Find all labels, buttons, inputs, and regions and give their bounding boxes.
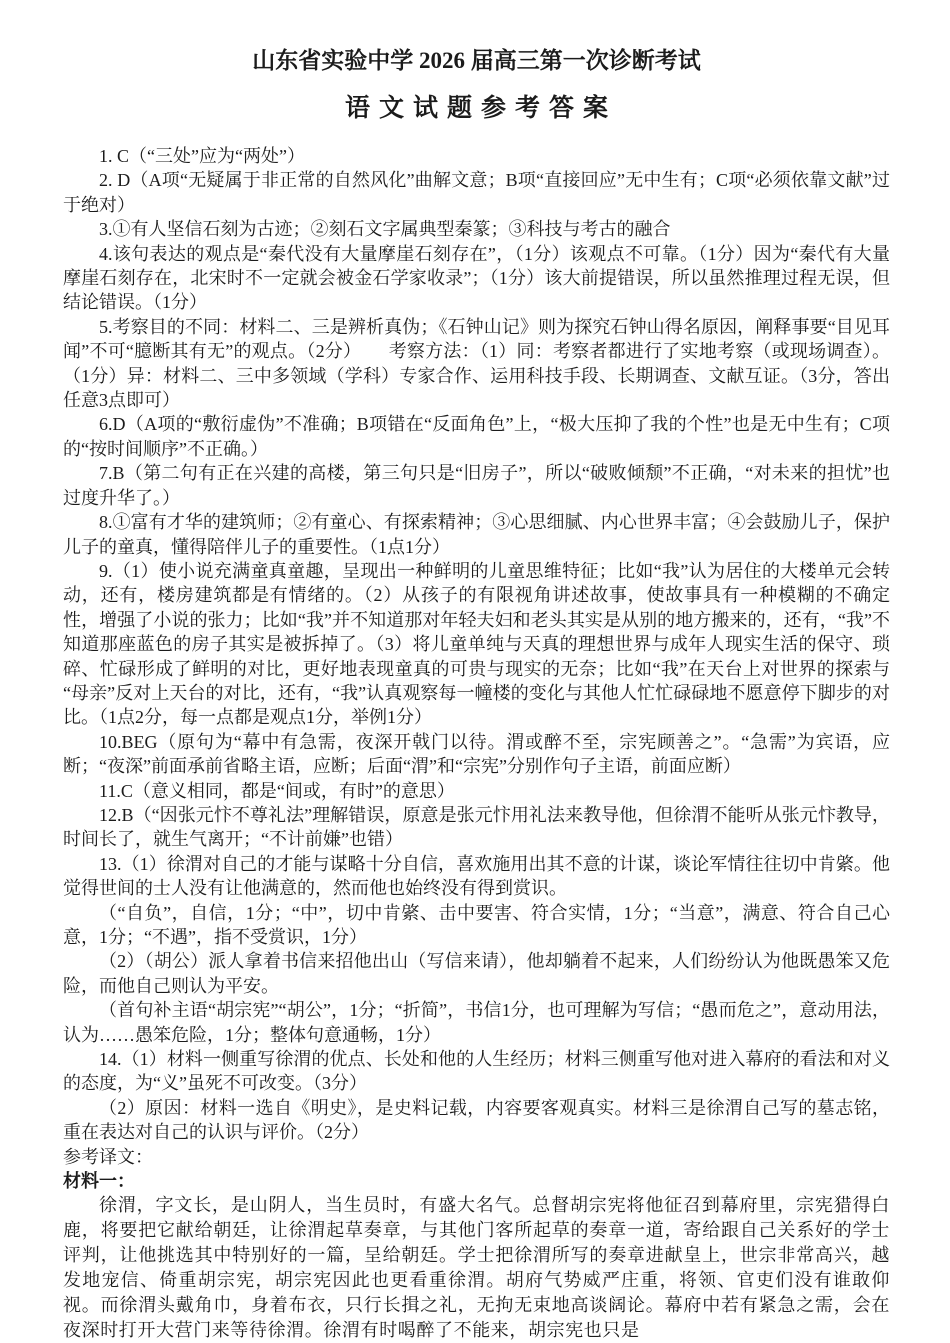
answer-q8: 8.①富有才华的建筑师；②有童心、有探索精神；③心思细腻、内心世界丰富；④会鼓励… — [63, 510, 890, 559]
translation-heading: 参考译文： — [63, 1145, 890, 1169]
answer-q14-part2: （2）原因：材料一选自《明史》，是史料记载，内容要客观真实。材料三是徐渭自己写的… — [63, 1096, 890, 1145]
answer-q10: 10.BEG（原句为“幕中有急需，夜深开戟门以待。渭或醉不至，宗宪顾善之”。“急… — [63, 730, 890, 779]
answer-q2: 2. D（A项“无疑属于非正常的自然风化”曲解文意；B项“直接回应”无中生有；C… — [63, 168, 890, 217]
answer-q11: 11.C（意义相同，都是“间或，有时”的意思） — [63, 779, 890, 803]
answer-q13-part2: （2）（胡公）派人拿着书信来招他出山（写信来请），他却躺着不起来，人们纷纷认为他… — [63, 949, 890, 998]
answer-q5: 5.考察目的不同：材料二、三是辨析真伪；《石钟山记》则为探究石钟山得名原因，阐释… — [63, 315, 890, 413]
answer-q13-part1-note: （“自负”，自信，1分；“中”，切中肯綮、击中要害、符合实情，1分；“当意”，满… — [63, 901, 890, 950]
answer-q4: 4.该句表达的观点是“秦代没有大量摩崖石刻存在”，（1分）该观点不可靠。（1分）… — [63, 242, 890, 315]
document-page: 山东省实验中学 2026 届高三第一次诊断考试 语文试题参考答案 1. C（“三… — [0, 0, 950, 1343]
answer-q6: 6.D（A项的“敷衍虚伪”不准确；B项错在“反面角色”上，“极大压抑了我的个性”… — [63, 412, 890, 461]
document-title: 山东省实验中学 2026 届高三第一次诊断考试 — [63, 46, 890, 76]
answer-q14-part1: 14.（1）材料一侧重写徐渭的优点、长处和他的人生经历；材料三侧重写他对进入幕府… — [63, 1047, 890, 1096]
document-subtitle: 语文试题参考答案 — [63, 92, 890, 126]
answer-q13-part1: 13.（1）徐渭对自己的才能与谋略十分自信，喜欢施用出其不意的计谋，谈论军情往往… — [63, 852, 890, 901]
answer-q3: 3.①有人坚信石刻为古迹；②刻石文字属典型秦篆；③科技与考古的融合 — [63, 217, 890, 241]
translation-body: 徐渭，字文长，是山阴人，当生员时，有盛大名气。总督胡宗宪将他征召到幕府里，宗宪猎… — [63, 1193, 890, 1343]
material-one-label: 材料一： — [63, 1169, 890, 1193]
answer-q7: 7.B（第二句有正在兴建的高楼，第三句只是“旧房子”，所以“破败倾颓”不正确，“… — [63, 461, 890, 510]
answer-q12: 12.B（“因张元忭不尊礼法”理解错误，原意是张元忭用礼法来教导他，但徐渭不能听… — [63, 803, 890, 852]
answer-q9: 9.（1）使小说充满童真童趣，呈现出一种鲜明的儿童思维特征；比如“我”认为居住的… — [63, 559, 890, 730]
answer-q1: 1. C（“三处”应为“两处”） — [63, 144, 890, 168]
answer-q13-part2-note: （首句补主语“胡宗宪”“胡公”，1分；“折简”，书信1分，也可理解为写信；“愚而… — [63, 998, 890, 1047]
